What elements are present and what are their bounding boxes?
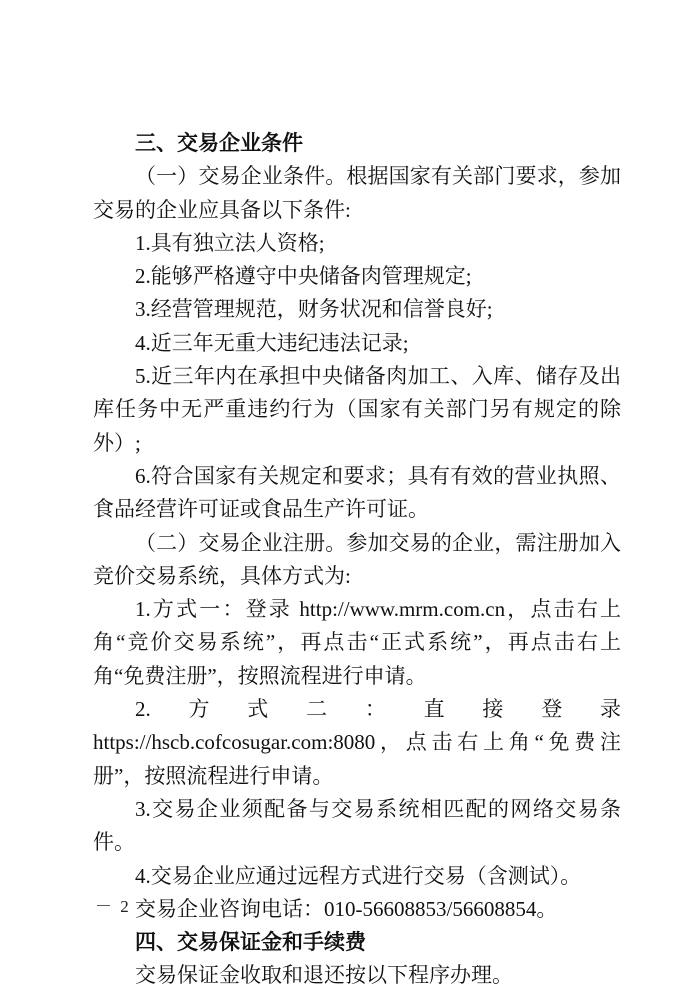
- document-content: 三、交易企业条件 （一）交易企业条件。根据国家有关部门要求，参加交易的企业应具备…: [93, 127, 621, 990]
- paragraph-condition-1: 1.具有独立法人资格;: [93, 227, 621, 260]
- section-heading-deposit-and-fees: 四、交易保证金和手续费: [93, 926, 621, 959]
- paragraph-network-requirement: 3.交易企业须配备与交易系统相匹配的网络交易条件。: [93, 793, 621, 860]
- paragraph-registration-method-2: 2.方式二：直接登录 https://hscb.cofcosugar.com:8…: [93, 693, 621, 793]
- section-heading-trading-enterprise-conditions: 三、交易企业条件: [93, 127, 621, 160]
- document-page: 三、交易企业条件 （一）交易企业条件。根据国家有关部门要求，参加交易的企业应具备…: [0, 0, 700, 990]
- paragraph-remote-trading: 4.交易企业应通过远程方式进行交易（含测试）。: [93, 860, 621, 893]
- paragraph-condition-5: 5.近三年内在承担中央储备肉加工、入库、储存及出库任务中无严重违约行为（国家有关…: [93, 360, 621, 460]
- paragraph-conditions-intro: （一）交易企业条件。根据国家有关部门要求，参加交易的企业应具备以下条件:: [93, 160, 621, 227]
- paragraph-condition-2: 2.能够严格遵守中央储备肉管理规定;: [93, 260, 621, 293]
- paragraph-registration-intro: （二）交易企业注册。参加交易的企业，需注册加入竞价交易系统，具体方式为:: [93, 527, 621, 594]
- paragraph-condition-3: 3.经营管理规范，财务状况和信誉良好;: [93, 293, 621, 326]
- paragraph-deposit-procedure: 交易保证金收取和退还按以下程序办理。: [93, 959, 621, 990]
- paragraph-contact-phone: 交易企业咨询电话：010-56608853/56608854。: [93, 893, 621, 926]
- paragraph-registration-method-1: 1.方式一：登录 http://www.mrm.com.cn，点击右上角“竞价交…: [93, 593, 621, 693]
- paragraph-condition-6: 6.符合国家有关规定和要求；具有有效的营业执照、食品经营许可证或食品生产许可证。: [93, 460, 621, 527]
- paragraph-condition-4: 4.近三年无重大违纪违法记录;: [93, 327, 621, 360]
- page-number: － 2 －: [95, 892, 156, 917]
